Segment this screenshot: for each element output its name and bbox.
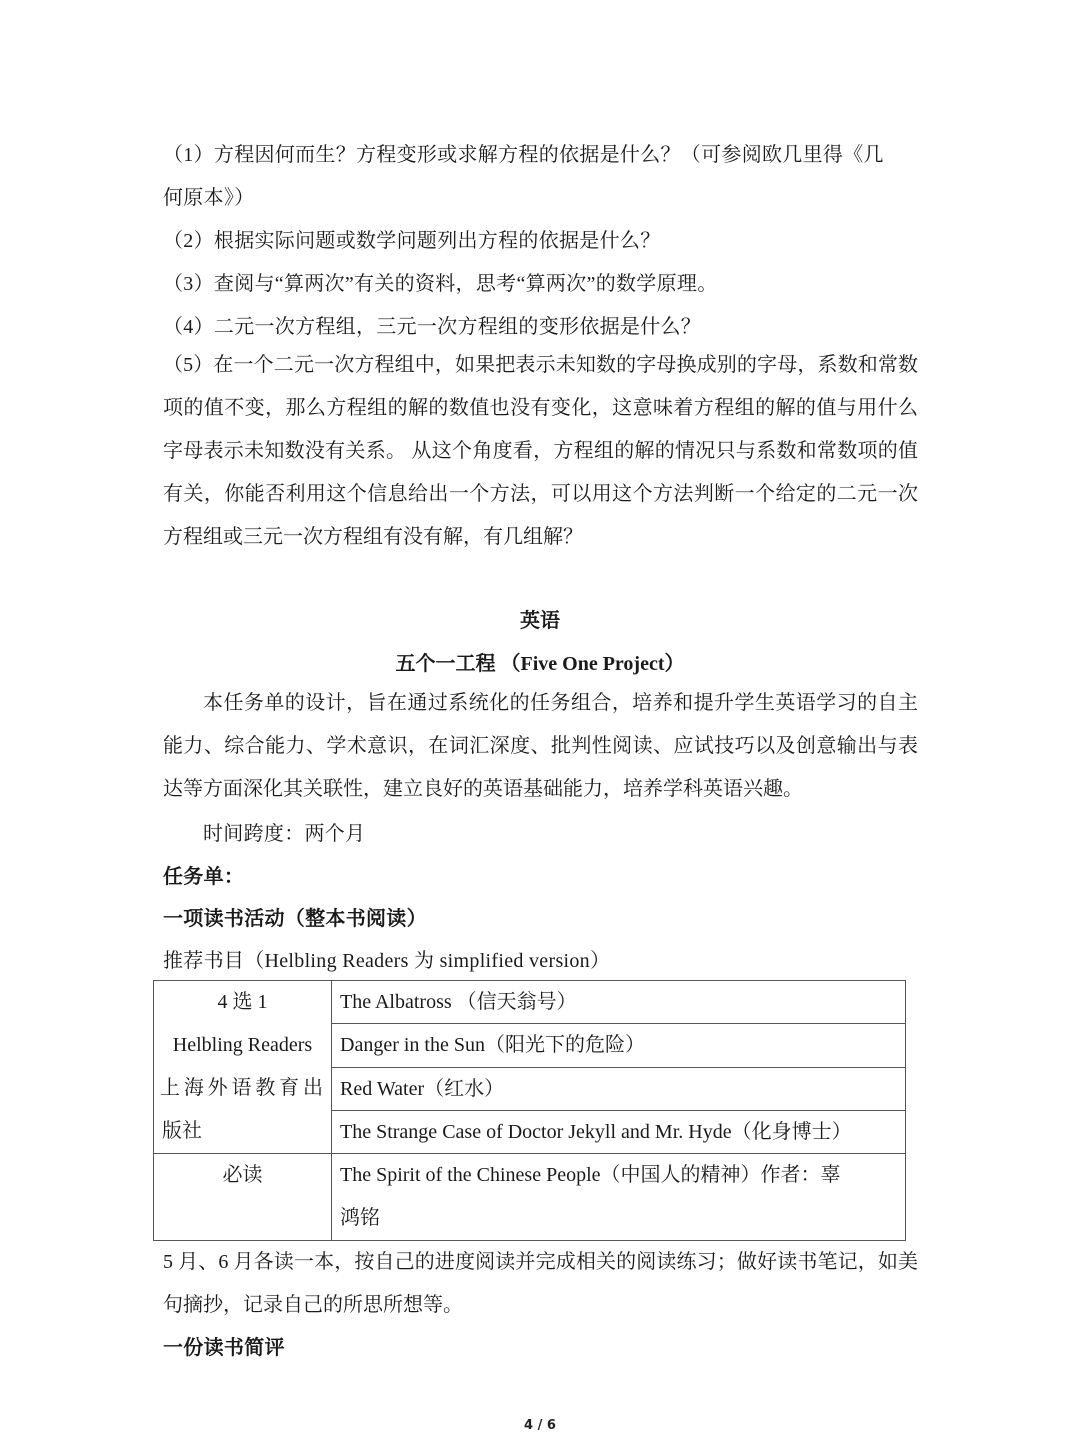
time-span: 时间跨度：两个月 bbox=[203, 822, 365, 846]
table-row: 必读 The Spirit of the Chinese People（中国人的… bbox=[154, 1154, 906, 1241]
intro-paragraph: 本任务单的设计，旨在通过系统化的任务组合，培养和提升学生英语学习的自主能力、综合… bbox=[163, 682, 918, 811]
choose-one-label: 4 选 1 bbox=[154, 981, 331, 1024]
choose-one-group-cell: 4 选 1 Helbling Readers 上海外语教育出 版社 bbox=[154, 981, 332, 1154]
math-question-5: （5）在一个二元一次方程组中，如果把表示未知数的字母换成别的字母，系数和常数项的… bbox=[163, 344, 918, 559]
math-question-1-line-2: 何原本》） bbox=[163, 186, 255, 210]
page-number: 4 / 6 bbox=[0, 1418, 1080, 1433]
math-question-4: （4）二元一次方程组，三元一次方程组的变形依据是什么？ bbox=[163, 315, 701, 339]
project-title: 五个一工程 （Five One Project） bbox=[0, 652, 1080, 676]
must-read-label: 必读 bbox=[162, 1154, 323, 1197]
publisher-line-2: 版社 bbox=[154, 1110, 331, 1153]
publisher-line-1: 上海外语教育出 bbox=[154, 1067, 331, 1110]
must-read-label-cell: 必读 bbox=[154, 1154, 332, 1241]
book-title-cell: The Strange Case of Doctor Jekyll and Mr… bbox=[332, 1110, 906, 1153]
math-question-2: （2）根据实际问题或数学问题列出方程的依据是什么？ bbox=[163, 229, 661, 253]
series-name: Helbling Readers bbox=[154, 1024, 331, 1067]
must-read-book-line-1: The Spirit of the Chinese People（中国人的精神）… bbox=[340, 1154, 897, 1197]
math-question-1-line-1: （1）方程因何而生？方程变形或求解方程的依据是什么？（可参阅欧几里得《几 bbox=[163, 143, 884, 167]
math-question-3: （3）查阅与“算两次”有关的资料，思考“算两次”的数学原理。 bbox=[163, 272, 718, 296]
activity-1-heading: 一项读书活动（整本书阅读） bbox=[163, 907, 427, 931]
subject-title: 英语 bbox=[0, 609, 1080, 633]
must-read-book-line-2: 鸿铭 bbox=[340, 1197, 897, 1240]
reading-note: 5 月、6 月各读一本，按自己的进度阅读并完成相关的阅读练习；做好读书笔记，如美… bbox=[163, 1241, 918, 1327]
task-list-label: 任务单： bbox=[163, 865, 244, 889]
activity-2-heading: 一份读书简评 bbox=[163, 1336, 285, 1360]
must-read-book-cell: The Spirit of the Chinese People（中国人的精神）… bbox=[332, 1154, 906, 1241]
book-title-cell: Danger in the Sun（阳光下的危险） bbox=[332, 1024, 906, 1067]
book-title-cell: Red Water（红水） bbox=[332, 1067, 906, 1110]
table-row: 4 选 1 Helbling Readers 上海外语教育出 版社 The Al… bbox=[154, 981, 906, 1024]
book-title-cell: The Albatross （信天翁号） bbox=[332, 981, 906, 1024]
book-list-table: 4 选 1 Helbling Readers 上海外语教育出 版社 The Al… bbox=[153, 980, 906, 1241]
recommended-books-label: 推荐书目（Helbling Readers 为 simplified versi… bbox=[163, 949, 610, 973]
